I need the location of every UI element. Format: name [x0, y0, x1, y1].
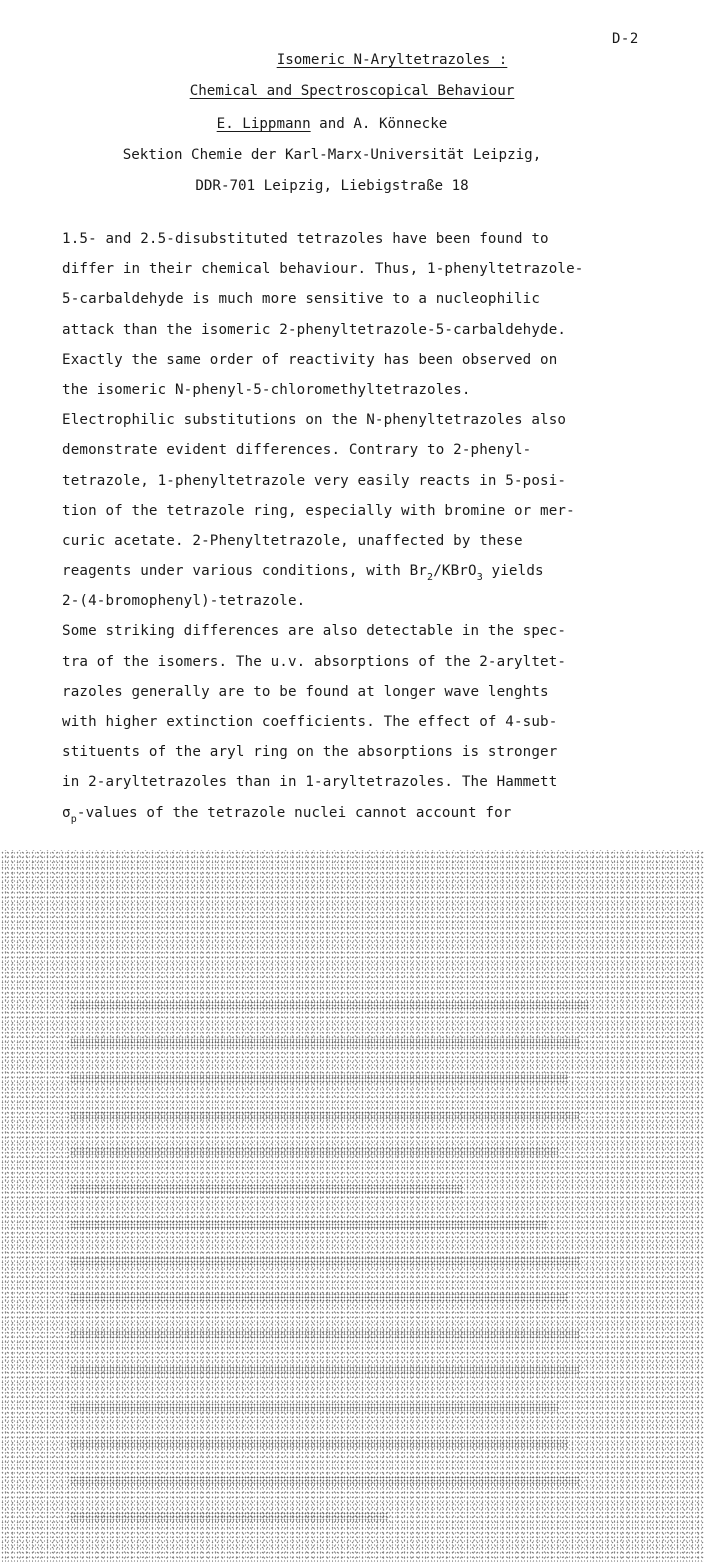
reagent-text: reagents under various conditions, with …	[62, 563, 427, 579]
body-line: tetrazole, 1-phenyltetrazole very easily…	[62, 473, 622, 503]
author-underlined: E. Lippmann	[217, 116, 311, 132]
illegible-line	[70, 1220, 600, 1251]
author-rest: and A. Könnecke	[311, 116, 448, 132]
sigma-symbol: σ	[62, 805, 71, 821]
illegible-line	[70, 1366, 600, 1397]
reagent-text: yields	[483, 563, 544, 579]
illegible-line	[70, 1147, 600, 1178]
body-line: in 2-aryltetrazoles than in 1-aryltetraz…	[62, 774, 622, 804]
illegible-line	[70, 1184, 600, 1215]
illegible-text-lines	[70, 995, 600, 1543]
illegible-line	[70, 1001, 600, 1032]
illegible-line	[70, 1512, 600, 1543]
body-line: stituents of the aryl ring on the absorp…	[62, 744, 622, 774]
body-line: tra of the isomers. The u.v. absorptions…	[62, 654, 622, 684]
illegible-line	[70, 1038, 600, 1069]
body-line: with higher extinction coefficients. The…	[62, 714, 622, 744]
authors: E. Lippmann and A. Könnecke	[0, 116, 684, 132]
body-line: 1.5- and 2.5-disubstituted tetrazoles ha…	[62, 231, 622, 261]
affiliation-line-2: DDR-701 Leipzig, Liebigstraße 18	[0, 178, 684, 194]
illegible-line	[70, 1403, 600, 1434]
title-line-2: Chemical and Spectroscopical Behaviour	[0, 83, 704, 99]
illegible-line	[70, 1476, 600, 1507]
body-line: Some striking differences are also detec…	[62, 623, 622, 653]
body-line-reagents: reagents under various conditions, with …	[62, 563, 622, 593]
body-line: differ in their chemical behaviour. Thus…	[62, 261, 622, 291]
body-line: curic acetate. 2-Phenyltetrazole, unaffe…	[62, 533, 622, 563]
body-line: Exactly the same order of reactivity has…	[62, 352, 622, 382]
page-label: D-2	[612, 31, 639, 47]
body-line: razoles generally are to be found at lon…	[62, 684, 622, 714]
reagent-text: /KBrO	[433, 563, 476, 579]
illegible-line	[70, 1074, 600, 1105]
body-line: the isomeric N-phenyl-5-chloromethyltetr…	[62, 382, 622, 412]
illegible-line	[70, 1293, 600, 1324]
body-line: tion of the tetrazole ring, especially w…	[62, 503, 622, 533]
body-line: 5-carbaldehyde is much more sensitive to…	[62, 291, 622, 321]
title-line-1: Isomeric N-Aryltetrazoles :	[40, 52, 704, 68]
illegible-line	[70, 1439, 600, 1470]
illegible-line	[70, 1330, 600, 1361]
abstract-body: 1.5- and 2.5-disubstituted tetrazoles ha…	[62, 231, 622, 835]
body-line: attack than the isomeric 2-phenyltetrazo…	[62, 322, 622, 352]
body-line: demonstrate evident differences. Contrar…	[62, 442, 622, 472]
affiliation-line-1: Sektion Chemie der Karl-Marx-Universität…	[0, 147, 684, 163]
sigma-text: -values of the tetrazole nuclei cannot a…	[77, 805, 512, 821]
illegible-line	[70, 1257, 600, 1288]
body-line-sigma: σp-values of the tetrazole nuclei cannot…	[62, 805, 622, 835]
body-line: 2-(4-bromophenyl)-tetrazole.	[62, 593, 622, 623]
illegible-line	[70, 1111, 600, 1142]
body-line: Electrophilic substitutions on the N-phe…	[62, 412, 622, 442]
